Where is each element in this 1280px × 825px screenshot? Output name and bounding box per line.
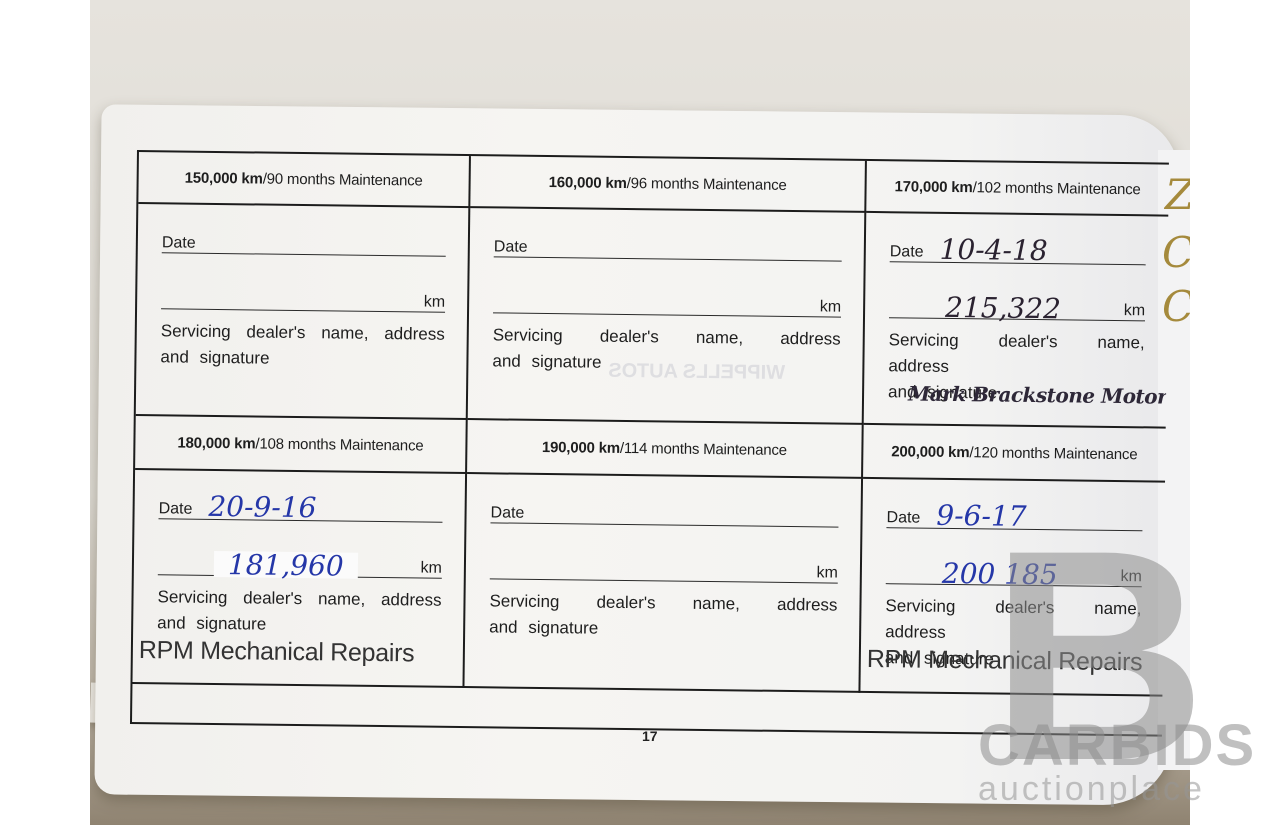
- servicing-line-2: and signature: [492, 348, 840, 378]
- entry-body-170000: Date 10-4-18 215,322 km Servicing dealer…: [864, 213, 1169, 429]
- servicing-dealer-label: Servicing dealer's name, address and sig…: [160, 318, 445, 373]
- entry-interval: /114 months Maintenance: [620, 439, 787, 458]
- entry-body-160000: WIPPELLS AUTOS (07) 4634 6999 Date km Se…: [468, 208, 867, 425]
- date-value: 20-9-16: [208, 493, 316, 522]
- odometer-field: km: [490, 552, 838, 583]
- odometer-value: 215,322: [945, 294, 1061, 321]
- entry-header-170000: 170,000 km /102 months Maintenance: [866, 161, 1169, 217]
- date-label: Date: [162, 234, 196, 252]
- odometer-value: 181,960: [214, 551, 358, 579]
- entry-body-190000: Date km Servicing dealer's name, address…: [464, 474, 863, 693]
- page-number: 17: [642, 728, 658, 744]
- servicing-dealer-label: Servicing dealer's name, address and sig…: [492, 322, 841, 378]
- odometer-field: km: [493, 286, 841, 317]
- gold-ink-mark: Z: [1165, 170, 1190, 219]
- servicing-line-2: and signature: [489, 614, 837, 644]
- date-value: 10-4-18: [939, 236, 1047, 265]
- km-label: km: [820, 298, 842, 316]
- date-field: Date 10-4-18: [890, 235, 1146, 265]
- date-field: Date: [494, 230, 842, 261]
- servicing-line-1: Servicing dealer's name, address: [888, 330, 1145, 376]
- servicing-line-1: Servicing dealer's name, address: [489, 591, 837, 614]
- entry-km-label: 170,000 km: [894, 178, 972, 196]
- date-field: Date 20-9-16: [158, 492, 442, 522]
- entry-km-label: 180,000 km: [177, 434, 255, 452]
- date-label: Date: [886, 509, 920, 527]
- date-label: Date: [890, 243, 924, 261]
- entry-header-180000: 180,000 km /108 months Maintenance: [135, 416, 468, 474]
- entry-header-160000: 160,000 km /96 months Maintenance: [470, 156, 867, 213]
- km-label: km: [1124, 302, 1146, 320]
- entry-interval: /120 months Maintenance: [969, 444, 1137, 463]
- servicing-dealer-label: Servicing dealer's name, address and sig…: [489, 588, 838, 644]
- servicing-line-2: and signature: [160, 344, 444, 373]
- entry-km-label: 190,000 km: [542, 438, 620, 456]
- servicing-line-2: and signature: [157, 610, 441, 639]
- watermark-tagline: auctionplace: [978, 770, 1205, 809]
- servicing-line-1: Servicing dealer's name, address: [161, 321, 445, 343]
- entry-header-190000: 190,000 km /114 months Maintenance: [467, 420, 864, 479]
- date-field: Date: [490, 496, 838, 527]
- entry-header-150000: 150,000 km /90 months Maintenance: [138, 152, 471, 208]
- servicing-line-1: Servicing dealer's name, address: [157, 587, 441, 609]
- dealer-stamp: Mark Brackstone Motors: [908, 381, 1168, 408]
- date-label: Date: [159, 500, 193, 518]
- km-label: km: [816, 564, 838, 582]
- km-label: km: [424, 294, 446, 312]
- servicing-dealer-label: Servicing dealer's name, address and sig…: [157, 584, 442, 639]
- entry-interval: /90 months Maintenance: [263, 170, 423, 189]
- km-label: km: [420, 559, 442, 577]
- entry-body-180000: Date 20-9-16 181,960 km Servicing dealer…: [132, 470, 467, 688]
- entry-interval: /96 months Maintenance: [627, 174, 787, 193]
- entry-km-label: 150,000 km: [185, 169, 263, 187]
- entry-interval: /102 months Maintenance: [973, 179, 1141, 198]
- odometer-field: 181,960 km: [158, 548, 442, 578]
- date-label: Date: [490, 504, 524, 522]
- watermark-brand: CARBIDS: [978, 712, 1256, 779]
- servicing-line-1: Servicing dealer's name, address: [493, 325, 841, 348]
- odometer-field: 215,322 km: [889, 291, 1145, 321]
- entry-body-150000: Date km Servicing dealer's name, address…: [136, 204, 471, 420]
- date-label: Date: [494, 238, 528, 256]
- entry-km-label: 160,000 km: [549, 174, 627, 192]
- dealer-stamp: RPM Mechanical Repairs: [139, 636, 415, 668]
- entry-km-label: 200,000 km: [891, 443, 969, 461]
- date-field: Date: [162, 226, 446, 256]
- entry-header-200000: 200,000 km /120 months Maintenance: [863, 425, 1166, 483]
- odometer-field: km: [161, 282, 445, 312]
- entry-interval: /108 months Maintenance: [255, 435, 423, 454]
